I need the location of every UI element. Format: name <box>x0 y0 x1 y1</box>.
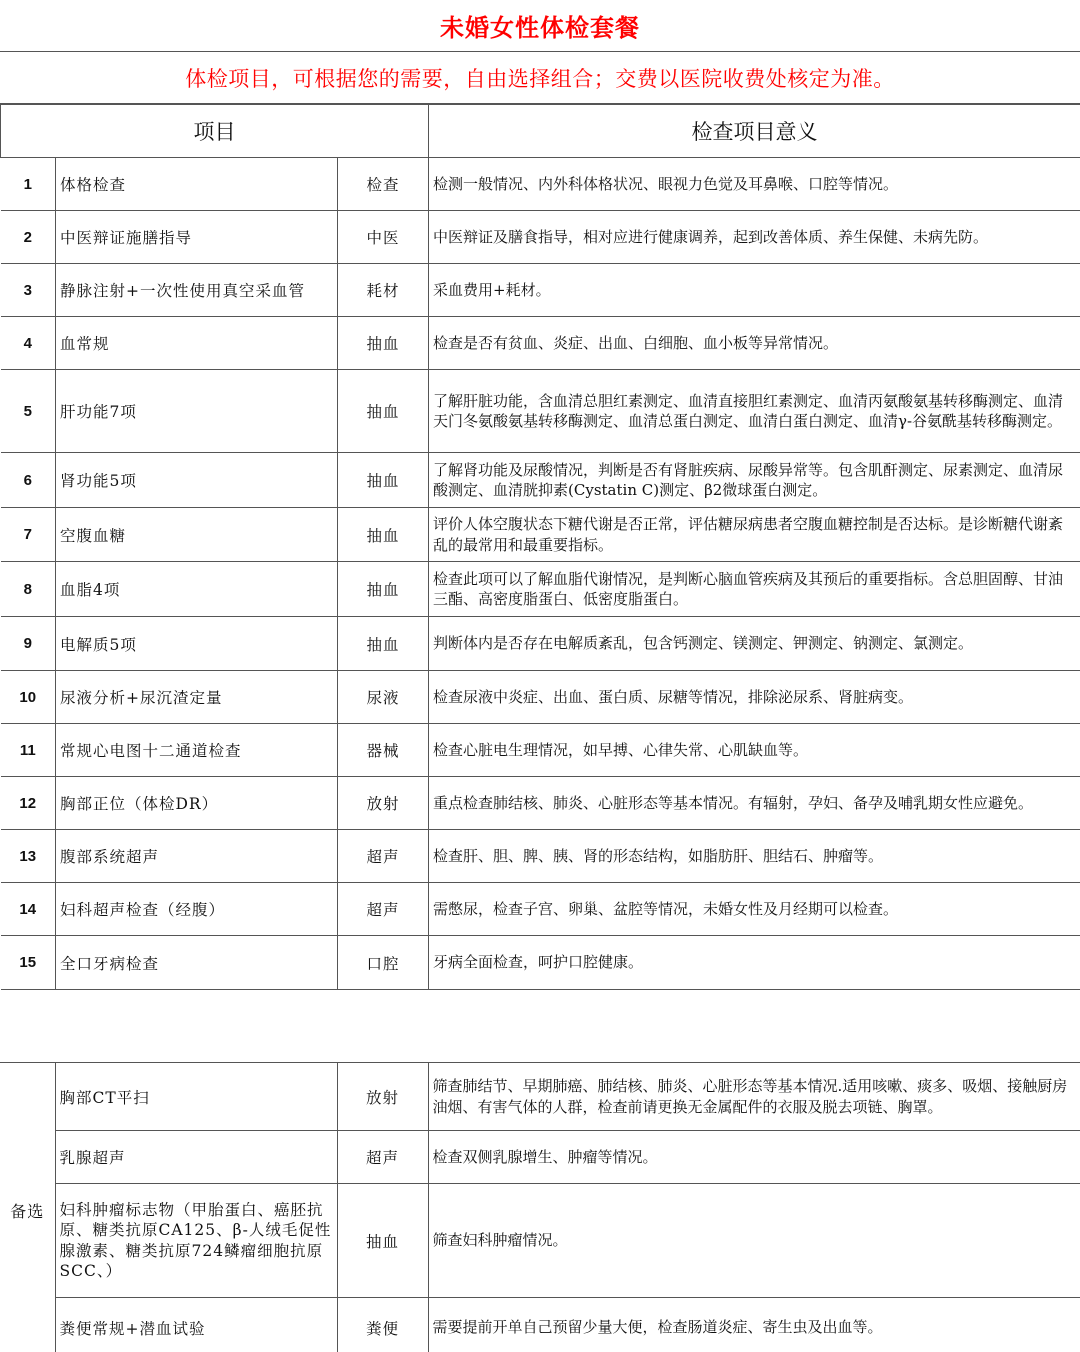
item-category: 口腔 <box>338 936 429 990</box>
item-name: 肾功能5项 <box>56 453 338 508</box>
item-category: 尿液 <box>338 671 429 724</box>
table-row: 乳腺超声 超声 检查双侧乳腺增生、肿瘤等情况。 <box>0 1131 1080 1184</box>
item-name: 胸部正位（体检DR） <box>56 777 338 830</box>
item-description: 检查双侧乳腺增生、肿瘤等情况。 <box>428 1131 1080 1184</box>
item-number: 15 <box>1 936 56 990</box>
item-name: 尿液分析+尿沉渣定量 <box>56 671 338 724</box>
item-description: 需憋尿，检查子宫、卵巢、盆腔等情况，未婚女性及月经期可以检查。 <box>429 883 1080 936</box>
page-title: 未婚女性体检套餐 <box>0 0 1080 52</box>
item-name: 中医辩证施膳指导 <box>56 211 338 264</box>
item-number: 10 <box>1 671 56 724</box>
item-description: 检查是否有贫血、炎症、出血、白细胞、血小板等异常情况。 <box>429 317 1080 370</box>
item-name: 血常规 <box>56 317 338 370</box>
item-name: 妇科肿瘤标志物（甲胎蛋白、癌胚抗原、糖类抗原CA125、β-人绒毛促性腺激素、糖… <box>55 1184 337 1298</box>
item-category: 抽血 <box>338 508 429 562</box>
item-name: 常规心电图十二通道检查 <box>56 724 338 777</box>
item-number: 14 <box>1 883 56 936</box>
item-number: 5 <box>1 370 56 453</box>
item-category: 放射 <box>338 777 429 830</box>
item-name: 全口牙病检查 <box>56 936 338 990</box>
table-row: 8 血脂4项 抽血 检查此项可以了解血脂代谢情况，是判断心脑血管疾病及其预后的重… <box>1 562 1080 617</box>
item-name: 体格检查 <box>56 158 338 211</box>
item-description: 评价人体空腹状态下糖代谢是否正常，评估糖尿病患者空腹血糖控制是否达标。是诊断糖代… <box>429 508 1080 562</box>
item-category: 抽血 <box>338 453 429 508</box>
item-name: 静脉注射+一次性使用真空采血管 <box>56 264 338 317</box>
notice-text: 体检项目，可根据您的需要，自由选择组合；交费以医院收费处核定为准。 <box>0 52 1080 104</box>
item-category: 放射 <box>337 1063 428 1131</box>
item-number: 12 <box>1 777 56 830</box>
item-description: 检查心脏电生理情况，如早搏、心律失常、心肌缺血等。 <box>429 724 1080 777</box>
item-number: 11 <box>1 724 56 777</box>
item-number: 1 <box>1 158 56 211</box>
item-category: 抽血 <box>338 370 429 453</box>
item-category: 抽血 <box>337 1184 428 1298</box>
item-category: 器械 <box>338 724 429 777</box>
item-description: 检查尿液中炎症、出血、蛋白质、尿糖等情况，排除泌尿系、肾脏病变。 <box>429 671 1080 724</box>
item-description: 中医辩证及膳食指导，相对应进行健康调养，起到改善体质、养生保健、未病先防。 <box>429 211 1080 264</box>
item-name: 胸部CT平扫 <box>55 1063 337 1131</box>
item-category: 超声 <box>337 1131 428 1184</box>
item-description: 牙病全面检查，呵护口腔健康。 <box>429 936 1080 990</box>
item-category: 中医 <box>338 211 429 264</box>
table-row: 11 常规心电图十二通道检查 器械 检查心脏电生理情况，如早搏、心律失常、心肌缺… <box>1 724 1080 777</box>
table-row: 1 体格检查 检查 检测一般情况、内外科体格状况、眼视力色觉及耳鼻喉、口腔等情况… <box>1 158 1080 211</box>
exam-items-table: 项目 检查项目意义 1 体格检查 检查 检测一般情况、内外科体格状况、眼视力色觉… <box>0 104 1080 990</box>
item-name: 肝功能7项 <box>56 370 338 453</box>
item-number: 13 <box>1 830 56 883</box>
item-number: 3 <box>1 264 56 317</box>
item-description: 筛查妇科肿瘤情况。 <box>428 1184 1080 1298</box>
item-category: 超声 <box>338 830 429 883</box>
table-row: 妇科肿瘤标志物（甲胎蛋白、癌胚抗原、糖类抗原CA125、β-人绒毛促性腺激素、糖… <box>0 1184 1080 1298</box>
table-row: 7 空腹血糖 抽血 评价人体空腹状态下糖代谢是否正常，评估糖尿病患者空腹血糖控制… <box>1 508 1080 562</box>
table-row: 14 妇科超声检查（经腹） 超声 需憋尿，检查子宫、卵巢、盆腔等情况，未婚女性及… <box>1 883 1080 936</box>
item-name: 电解质5项 <box>56 617 338 671</box>
table-row: 粪便常规+潜血试验 粪便 需要提前开单自己预留少量大便，检查肠道炎症、寄生虫及出… <box>0 1298 1080 1352</box>
item-name: 乳腺超声 <box>55 1131 337 1184</box>
item-description: 采血费用+耗材。 <box>429 264 1080 317</box>
item-description: 筛查肺结节、早期肺癌、肺结核、肺炎、心脏形态等基本情况.适用咳嗽、痰多、吸烟、接… <box>428 1063 1080 1131</box>
item-category: 超声 <box>338 883 429 936</box>
item-category: 抽血 <box>338 317 429 370</box>
item-description: 重点检查肺结核、肺炎、心脏形态等基本情况。有辐射，孕妇、备孕及哺乳期女性应避免。 <box>429 777 1080 830</box>
table-row: 3 静脉注射+一次性使用真空采血管 耗材 采血费用+耗材。 <box>1 264 1080 317</box>
table-row: 13 腹部系统超声 超声 检查肝、胆、脾、胰、肾的形态结构，如脂肪肝、胆结石、肿… <box>1 830 1080 883</box>
optional-items-table: 备选 胸部CT平扫 放射 筛查肺结节、早期肺癌、肺结核、肺炎、心脏形态等基本情况… <box>0 1062 1080 1352</box>
optional-label: 备选 <box>0 1063 55 1352</box>
item-description: 检测一般情况、内外科体格状况、眼视力色觉及耳鼻喉、口腔等情况。 <box>429 158 1080 211</box>
item-number: 6 <box>1 453 56 508</box>
item-name: 妇科超声检查（经腹） <box>56 883 338 936</box>
table-row: 6 肾功能5项 抽血 了解肾功能及尿酸情况，判断是否有肾脏疾病、尿酸异常等。包含… <box>1 453 1080 508</box>
item-category: 检查 <box>338 158 429 211</box>
item-description: 需要提前开单自己预留少量大便，检查肠道炎症、寄生虫及出血等。 <box>428 1298 1080 1352</box>
item-name: 空腹血糖 <box>56 508 338 562</box>
item-number: 4 <box>1 317 56 370</box>
table-row: 备选 胸部CT平扫 放射 筛查肺结节、早期肺癌、肺结核、肺炎、心脏形态等基本情况… <box>0 1063 1080 1131</box>
column-header-meaning: 检查项目意义 <box>429 105 1080 158</box>
item-number: 7 <box>1 508 56 562</box>
item-number: 9 <box>1 617 56 671</box>
table-row: 4 血常规 抽血 检查是否有贫血、炎症、出血、白细胞、血小板等异常情况。 <box>1 317 1080 370</box>
item-category: 抽血 <box>338 617 429 671</box>
table-row: 12 胸部正位（体检DR） 放射 重点检查肺结核、肺炎、心脏形态等基本情况。有辐… <box>1 777 1080 830</box>
item-description: 了解肾功能及尿酸情况，判断是否有肾脏疾病、尿酸异常等。包含肌酐测定、尿素测定、血… <box>429 453 1080 508</box>
item-name: 腹部系统超声 <box>56 830 338 883</box>
table-header-row: 项目 检查项目意义 <box>1 105 1080 158</box>
item-description: 检查此项可以了解血脂代谢情况，是判断心脑血管疾病及其预后的重要指标。含总胆固醇、… <box>429 562 1080 617</box>
item-name: 粪便常规+潜血试验 <box>55 1298 337 1352</box>
table-row: 9 电解质5项 抽血 判断体内是否存在电解质紊乱，包含钙测定、镁测定、钾测定、钠… <box>1 617 1080 671</box>
item-category: 耗材 <box>338 264 429 317</box>
item-name: 血脂4项 <box>56 562 338 617</box>
item-category: 抽血 <box>338 562 429 617</box>
table-row: 10 尿液分析+尿沉渣定量 尿液 检查尿液中炎症、出血、蛋白质、尿糖等情况，排除… <box>1 671 1080 724</box>
table-row: 2 中医辩证施膳指导 中医 中医辩证及膳食指导，相对应进行健康调养，起到改善体质… <box>1 211 1080 264</box>
item-description: 了解肝脏功能，含血清总胆红素测定、血清直接胆红素测定、血清丙氨酸氨基转移酶测定、… <box>429 370 1080 453</box>
item-description: 检查肝、胆、脾、胰、肾的形态结构，如脂肪肝、胆结石、肿瘤等。 <box>429 830 1080 883</box>
item-number: 8 <box>1 562 56 617</box>
column-header-item: 项目 <box>1 105 429 158</box>
item-category: 粪便 <box>337 1298 428 1352</box>
item-number: 2 <box>1 211 56 264</box>
table-row: 5 肝功能7项 抽血 了解肝脏功能，含血清总胆红素测定、血清直接胆红素测定、血清… <box>1 370 1080 453</box>
table-row: 15 全口牙病检查 口腔 牙病全面检查，呵护口腔健康。 <box>1 936 1080 990</box>
item-description: 判断体内是否存在电解质紊乱，包含钙测定、镁测定、钾测定、钠测定、氯测定。 <box>429 617 1080 671</box>
